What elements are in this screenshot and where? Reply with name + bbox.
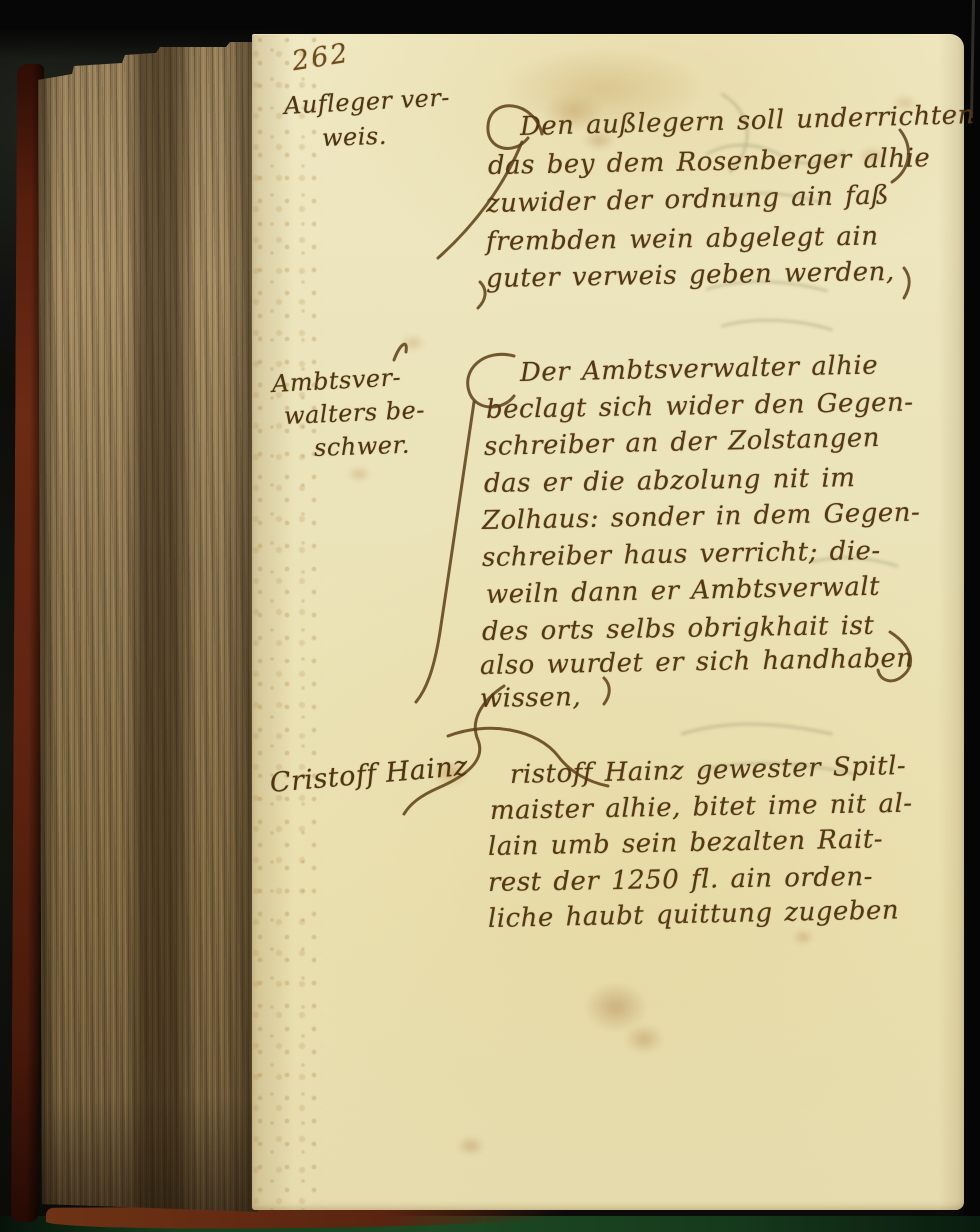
page-block-fore-edge: [38, 42, 258, 1212]
handwriting-line: schreiber haus verricht; die-: [482, 536, 881, 573]
handwriting-line: wissen,: [480, 682, 582, 714]
handwriting-line: schreiber an der Zolstangen: [484, 423, 881, 462]
handwriting-line: liche haubt quittung zugeben: [488, 895, 900, 934]
manuscript-photograph: 262 Aufleger ver- weis. Den außlegern so…: [0, 0, 980, 1232]
handwriting-line: guter verweis geben werden,: [486, 257, 895, 294]
paper-stain: [624, 1024, 664, 1054]
handwriting-line: Zolhaus: sonder in dem Gegen-: [482, 498, 921, 536]
paper-stain: [457, 1136, 485, 1156]
handwriting-line: das er die abzolung nit im: [484, 463, 856, 499]
margin-note-line: walters be-: [283, 396, 425, 430]
handwriting-line: rest der 1250 fl. ain orden-: [488, 862, 873, 898]
folio-number: 262: [290, 38, 352, 78]
handwriting-line: also wurdet er sich handhaben: [480, 643, 914, 681]
paper-stain: [584, 982, 648, 1032]
paper-stain: [400, 334, 426, 352]
paper-stain: [347, 466, 371, 482]
margin-note-line: Aufleger ver-: [283, 83, 450, 120]
handwriting-line: lain umb sein bezalten Rait-: [488, 824, 884, 862]
handwriting-line: zuwider der ordnung ain faß: [486, 181, 890, 219]
margin-note-line: Cristoff Hainz: [269, 751, 470, 799]
margin-note-line: weis.: [322, 122, 388, 152]
margin-note-line: schwer.: [314, 431, 411, 462]
handwriting-line: des orts selbs obrigkhait ist: [482, 611, 875, 647]
manuscript-page: 262 Aufleger ver- weis. Den außlegern so…: [252, 34, 964, 1210]
handwriting-line: Den außlegern soll underrichten: [520, 100, 976, 142]
handwriting-line: frembden wein abgelegt ain: [486, 222, 879, 257]
handwriting-line: maister alhie, bitet ime nit al-: [490, 789, 913, 826]
handwriting-line: das bey dem Rosenberger alhie: [488, 143, 931, 181]
handwriting-line: beclagt sich wider den Gegen-: [486, 388, 914, 425]
handwriting-line: ristoff Hainz gewester Spitl-: [510, 751, 907, 790]
handwriting-line: Der Ambtsverwalter alhie: [520, 351, 879, 388]
margin-note-line: Ambtsver-: [271, 363, 402, 398]
paper-stain: [792, 929, 814, 945]
handwriting-line: weiln dann er Ambtsverwalt: [486, 572, 881, 610]
